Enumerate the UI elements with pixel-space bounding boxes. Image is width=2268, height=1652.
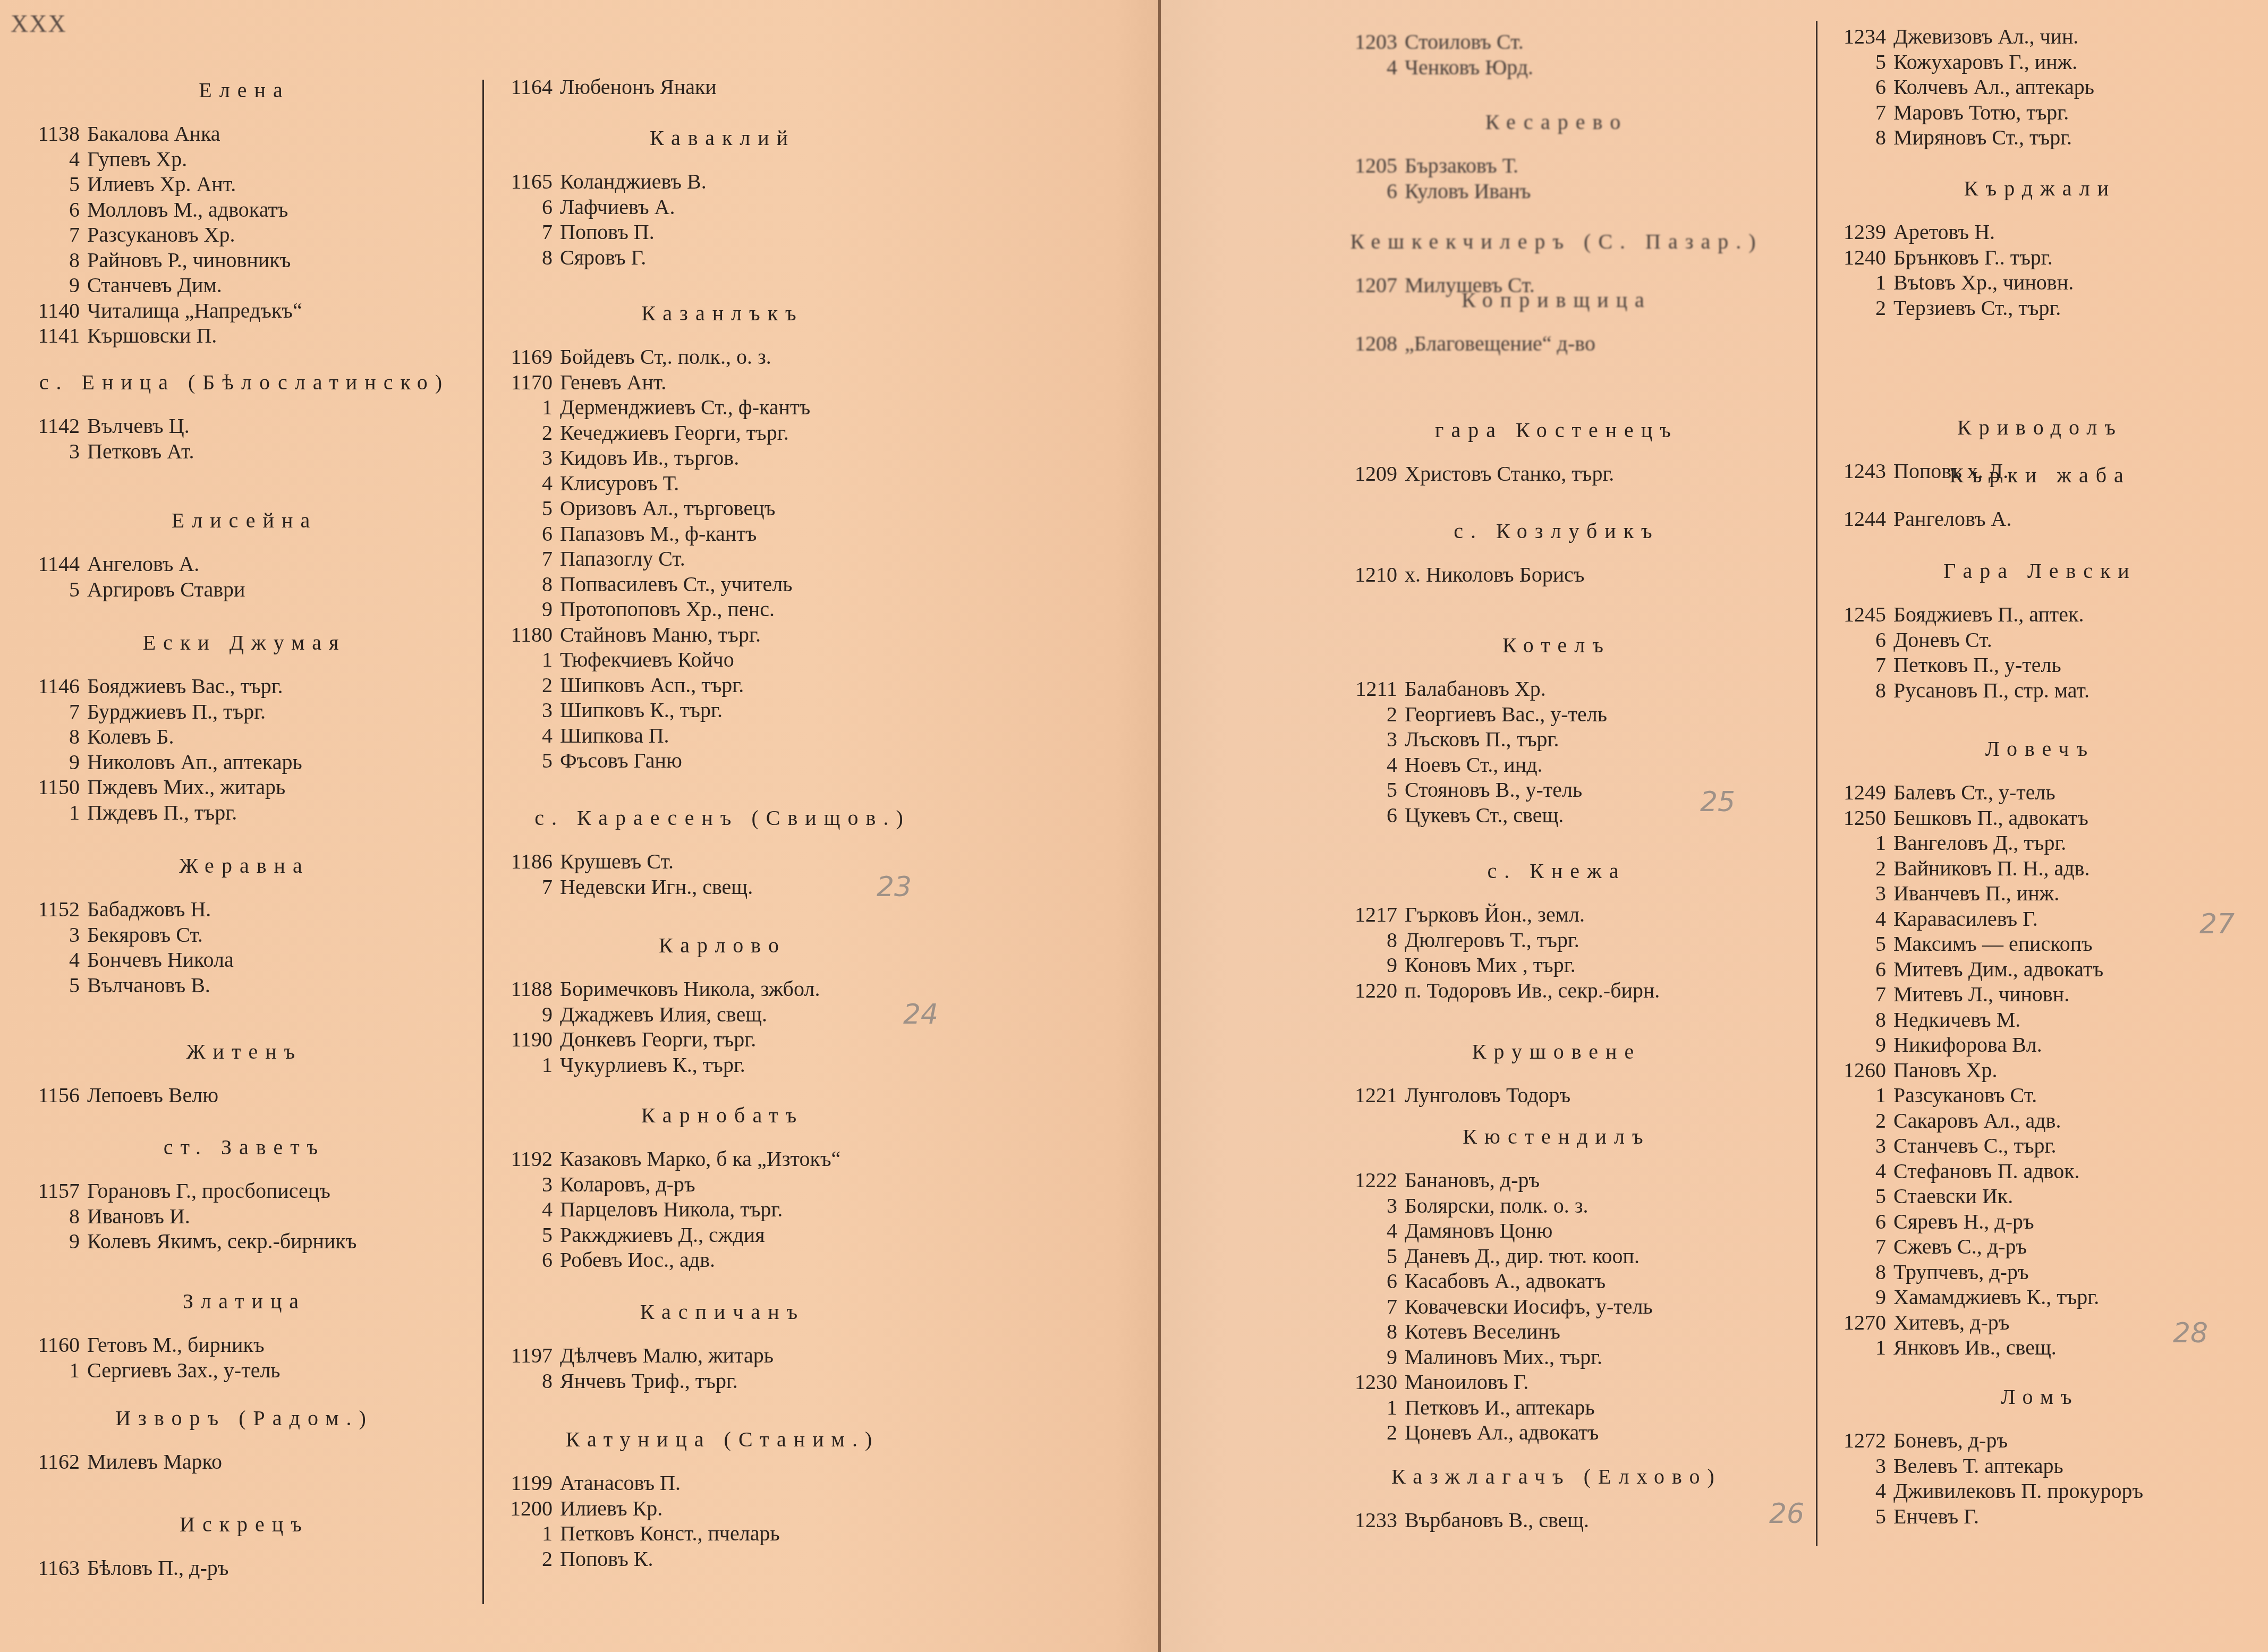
- entry-name: Любенонъ Янаки: [560, 74, 717, 100]
- entry-number: 7: [1296, 1294, 1405, 1319]
- directory-entry: 9Колевъ Якимъ, секр.-бирникъ: [11, 1229, 478, 1254]
- entry-name: Куловъ Иванъ: [1405, 178, 1531, 204]
- entry-number: 1233: [1296, 1508, 1405, 1533]
- locality-heading: с. Козлубикъ: [1296, 515, 1817, 547]
- directory-entry: 8Сяровъ Г.: [483, 245, 962, 270]
- entry-name: Велевъ Т. аптекарь: [1893, 1453, 2063, 1479]
- directory-entry: 1240Брънковъ Г.. търг.: [1812, 245, 2268, 270]
- entry-number: 2: [1296, 1420, 1405, 1445]
- entry-name: Аргировъ Ставри: [87, 577, 245, 602]
- entry-number: 8: [483, 245, 560, 270]
- entry-number: 1165: [483, 169, 560, 194]
- entry-number: 1230: [1296, 1369, 1405, 1395]
- entry-number: 1: [483, 395, 560, 420]
- entry-number: 9: [1812, 1032, 1893, 1058]
- entry-name: Ангеловъ А.: [87, 551, 199, 577]
- directory-entry: 1190Донкевъ Георги, търг.: [483, 1027, 962, 1052]
- pencil-mark: 27: [2199, 908, 2235, 940]
- directory-entry: 4Бончевъ Никола: [11, 947, 478, 973]
- directory-entry: 2Георгиевъ Вас., у-тель: [1296, 702, 1817, 727]
- directory-entry: 9Малиновъ Мих., търг.: [1296, 1344, 1817, 1370]
- entry-name: Гърковъ Йон., земл.: [1405, 902, 1585, 927]
- entry-number: 5: [11, 973, 87, 998]
- directory-entry: 4Ченковъ Юрд.: [1296, 55, 1817, 80]
- locality-heading: Кешкекчилеръ (С. Пазар.): [1296, 226, 1817, 258]
- entry-name: Ченковъ Юрд.: [1405, 55, 1533, 80]
- entry-name: Коланджиевъ В.: [560, 169, 707, 194]
- entry-number: 2: [483, 1546, 560, 1572]
- entry-number: 6: [1296, 1268, 1405, 1294]
- entry-number: 1188: [483, 976, 560, 1002]
- entry-name: Дѣлчевъ Малю, житарь: [560, 1343, 774, 1368]
- entry-name: Боневъ, д-ръ: [1893, 1428, 2008, 1453]
- entry-name: Петковъ Ат.: [87, 439, 194, 464]
- directory-entry: 5Кожухаровъ Г., инж.: [1812, 49, 2268, 75]
- entry-name: Малиновъ Мих., търг.: [1405, 1344, 1602, 1370]
- directory-entry: 1210х. Николовъ Борисъ: [1296, 562, 1817, 587]
- entry-name: Въtовъ Хр., чиновн.: [1893, 270, 2074, 295]
- directory-entry: 1220п. Тодоровъ Ив., секр.-бирн.: [1296, 978, 1817, 1003]
- entry-number: 4: [1812, 1159, 1893, 1184]
- entry-name: Атанасовъ П.: [560, 1470, 681, 1496]
- entry-number: 1180: [483, 622, 560, 648]
- directory-entry: 5Илиевъ Хр. Ант.: [11, 172, 478, 197]
- directory-entry: 2Шипковъ Асп., търг.: [483, 672, 962, 698]
- directory-entry: 1192Казаковъ Марко, б ка „Изтокъ“: [483, 1146, 962, 1172]
- entry-name: Бързаковъ Т.: [1405, 153, 1518, 178]
- entry-number: 9: [483, 597, 560, 622]
- entry-name: Казаковъ Марко, б ка „Изтокъ“: [560, 1146, 840, 1172]
- directory-entry: 8Дюлгеровъ Т., търг.: [1296, 927, 1817, 953]
- page-number: XXX: [11, 10, 67, 38]
- directory-entry: 1186Крушевъ Ст.: [483, 849, 962, 874]
- entry-number: 4: [1296, 55, 1405, 80]
- directory-entry: 1245Бояджиевъ П., аптек.: [1812, 602, 2268, 627]
- directory-entry: 1180Стайновъ Маню, търг.: [483, 622, 962, 648]
- directory-entry: 8Трупчевъ, д-ръ: [1812, 1259, 2268, 1285]
- locality-section: Ловечъ1249Балевъ Ст., у-тель1250Бешковъ …: [1812, 733, 2268, 1360]
- locality-heading: Златица: [11, 1285, 478, 1317]
- entry-number: 9: [11, 750, 87, 775]
- directory-entry: 1260Пановъ Хр.: [1812, 1058, 2268, 1083]
- entry-name: х. Николовъ Борисъ: [1405, 562, 1585, 587]
- entry-number: 2: [483, 672, 560, 698]
- directory-entry: 8Ивановъ И.: [11, 1204, 478, 1229]
- entry-name: Лъсковъ П., търг.: [1405, 727, 1559, 752]
- locality-heading: Копривщица: [1296, 284, 1817, 316]
- directory-entry: 1156Лепоевъ Велю: [11, 1083, 478, 1108]
- pencil-mark: 28: [2173, 1317, 2208, 1349]
- entry-number: 1240: [1812, 245, 1893, 270]
- locality-heading: Гара Левски: [1812, 555, 2268, 587]
- directory-entry: 4Гупевъ Хр.: [11, 147, 478, 172]
- directory-entry: 8Русановъ П., стр. мат.: [1812, 678, 2268, 703]
- entry-number: 4: [1812, 1478, 1893, 1504]
- directory-entry: 3Велевъ Т. аптекарь: [1812, 1453, 2268, 1479]
- directory-entry: 7Поповъ П.: [483, 219, 962, 245]
- directory-entry: 4Ноевъ Ст., инд.: [1296, 752, 1817, 778]
- locality-section: Копривщица1208„Благовещение“ д-во: [1296, 284, 1817, 356]
- entry-name: Недкичевъ М.: [1893, 1007, 2020, 1033]
- entry-name: Никифорова Вл.: [1893, 1032, 2042, 1058]
- entry-name: Вайниковъ П. Н., адв.: [1893, 856, 2089, 881]
- directory-entry: 9Хамамджиевъ К., търг.: [1812, 1284, 2268, 1310]
- entry-number: 7: [1812, 652, 1893, 678]
- directory-entry: 5Даневъ Д., дир. тют. кооп.: [1296, 1244, 1817, 1269]
- entry-number: 1: [483, 647, 560, 672]
- locality-heading: Котелъ: [1296, 629, 1817, 661]
- entry-number: 1192: [483, 1146, 560, 1172]
- entry-number: 4: [1296, 752, 1405, 778]
- entry-name: Станчевъ Дим.: [87, 273, 222, 298]
- entry-name: Разсукановъ Ст.: [1893, 1083, 2037, 1108]
- entry-number: 1197: [483, 1343, 560, 1368]
- directory-entry: 1188Боримечковъ Никола, зжбол.: [483, 976, 962, 1002]
- entry-number: 1142: [11, 413, 87, 439]
- locality-heading: Искрецъ: [11, 1509, 478, 1540]
- entry-name: Тюфекчиевъ Койчо: [560, 647, 734, 672]
- directory-entry: 3Шипковъ К., търг.: [483, 697, 962, 723]
- locality-heading: с. Еница (Бѣлослатинско): [11, 367, 478, 398]
- entry-number: 1157: [11, 1178, 87, 1204]
- directory-entry: 1233Върбановъ В., свещ.: [1296, 1508, 1817, 1533]
- directory-entry: 6Лафчиевъ А.: [483, 194, 962, 220]
- directory-entry: 8Попвасилевъ Ст., учитель: [483, 572, 962, 597]
- directory-entry: 5Енчевъ Г.: [1812, 1504, 2268, 1529]
- entry-name: Балабановъ Хр.: [1405, 676, 1546, 702]
- locality-heading: Казанлъкъ: [483, 297, 962, 329]
- directory-entry: 1152Бабаджовъ Н.: [11, 897, 478, 922]
- entry-name: Маровъ Тотю, търг.: [1893, 100, 2069, 125]
- directory-entry: 7Сжевъ С., д-ръ: [1812, 1234, 2268, 1259]
- directory-entry: 9Станчевъ Дим.: [11, 273, 478, 298]
- entry-number: 2: [1812, 1108, 1893, 1134]
- entry-name: Дживилековъ П. прокуроръ: [1893, 1478, 2143, 1504]
- directory-entry: 1199Атанасовъ П.: [483, 1470, 962, 1496]
- locality-heading: Ловечъ: [1812, 733, 2268, 765]
- locality-heading: Елена: [11, 74, 478, 106]
- entry-name: Русановъ П., стр. мат.: [1893, 678, 2089, 703]
- entry-name: Парцеловъ Никола, търг.: [560, 1197, 783, 1222]
- entry-name: Папазовъ М., ф-кантъ: [560, 521, 757, 547]
- locality-section: Катуница (Станим.)1199Атанасовъ П.1200Ил…: [483, 1424, 962, 1571]
- entry-number: 8: [11, 248, 87, 273]
- entry-number: 1156: [11, 1083, 87, 1108]
- locality-heading: Карнобатъ: [483, 1100, 962, 1131]
- directory-entry: 6Касабовъ А., адвокатъ: [1296, 1268, 1817, 1294]
- entry-number: 7: [1812, 1234, 1893, 1259]
- entry-number: 1234: [1812, 24, 1893, 49]
- entry-name: Вълчановъ В.: [87, 973, 210, 998]
- entry-number: 4: [483, 723, 560, 748]
- directory-entry: 3Коларовъ, д-ръ: [483, 1172, 962, 1197]
- entry-number: 1162: [11, 1449, 87, 1475]
- entry-number: 1211: [1296, 676, 1405, 702]
- entry-name: Бабаджовъ Н.: [87, 897, 211, 922]
- directory-entry: 1205Бързаковъ Т.: [1296, 153, 1817, 178]
- pencil-mark: 26: [1769, 1498, 1804, 1530]
- directory-entry: 1Пждевъ П., търг.: [11, 800, 478, 825]
- locality-section: Златица1160Гетовъ М., бирникъ1Сергиевъ З…: [11, 1285, 478, 1383]
- entry-name: Стоиловъ Ст.: [1405, 29, 1524, 55]
- locality-section: Жеравна1152Бабаджовъ Н.3Бекяровъ Ст.4Бон…: [11, 850, 478, 998]
- directory-entry: 1211Балабановъ Хр.: [1296, 676, 1817, 702]
- directory-entry: 1141Кършовски П.: [11, 323, 478, 348]
- locality-heading: Казжлагачъ (Елхово): [1296, 1461, 1817, 1493]
- entry-name: Бѣловъ П., д-ръ: [87, 1555, 228, 1581]
- directory-entry: 1142Вълчевъ Ц.: [11, 413, 478, 439]
- entry-number: 1170: [483, 370, 560, 395]
- entry-name: Разсукановъ Хр.: [87, 222, 235, 248]
- entry-name: Сяровъ Г.: [560, 245, 646, 270]
- directory-entry: 1Вангеловъ Д., търг.: [1812, 830, 2268, 856]
- locality-section: Изворъ (Радом.)1162Милевъ Марко: [11, 1402, 478, 1475]
- locality-section: с. Еница (Бѣлослатинско)1142Вълчевъ Ц.3П…: [11, 367, 478, 464]
- directory-entry: 2Сакаровъ Ал., адв.: [1812, 1108, 2268, 1134]
- entry-number: 1222: [1296, 1168, 1405, 1193]
- entry-number: 1150: [11, 774, 87, 800]
- entry-name: Болярски, полк. о. з.: [1405, 1193, 1588, 1219]
- directory-entry: 8Котевъ Веселинъ: [1296, 1319, 1817, 1344]
- locality-section: с. Кнежа1217Гърковъ Йон., земл.8Дюлгеров…: [1296, 855, 1817, 1003]
- locality-section: Кесарево1205Бързаковъ Т.6Куловъ Иванъ: [1296, 106, 1817, 203]
- directory-entry: 9Никифорова Вл.: [1812, 1032, 2268, 1058]
- directory-entry: 5Стояновъ В., у-тель: [1296, 777, 1817, 803]
- entry-number: 1221: [1296, 1083, 1405, 1108]
- entry-name: Геневъ Ант.: [560, 370, 666, 395]
- entry-name: Бояджиевъ Вас., търг.: [87, 674, 283, 699]
- entry-number: 1209: [1296, 461, 1405, 487]
- locality-section: Гара Левски1245Бояджиевъ П., аптек.6Доне…: [1812, 555, 2268, 703]
- directory-entry: 8Янчевъ Триф., търг.: [483, 1368, 962, 1394]
- entry-name: Дерменджиевъ Ст., ф-кантъ: [560, 395, 810, 420]
- entry-number: 1: [483, 1052, 560, 1078]
- directory-entry: 1165Коланджиевъ В.: [483, 169, 962, 194]
- locality-section: Кърджали1239Аретовъ Н.1240Брънковъ Г.. т…: [1812, 173, 2268, 320]
- entry-number: 5: [1812, 1504, 1893, 1529]
- entry-number: 1140: [11, 298, 87, 323]
- entry-name: Джаджевъ Илия, свещ.: [560, 1002, 767, 1027]
- directory-entry: 1Сергиевъ Зах., у-тель: [11, 1358, 478, 1383]
- entry-name: Фъсовъ Ганю: [560, 748, 682, 773]
- entry-name: Котевъ Веселинъ: [1405, 1319, 1560, 1344]
- entry-name: Стайновъ Маню, търг.: [560, 622, 761, 648]
- entry-number: 8: [11, 1204, 87, 1229]
- directory-entry: 1208„Благовещение“ д-во: [1296, 331, 1817, 356]
- entry-number: 7: [483, 874, 560, 900]
- directory-entry: 1157Горановъ Г., просбописецъ: [11, 1178, 478, 1204]
- entry-number: 8: [1296, 927, 1405, 953]
- entry-name: Христовъ Станко, търг.: [1405, 461, 1614, 487]
- directory-entry: 1217Гърковъ Йон., земл.: [1296, 902, 1817, 927]
- locality-heading: Жеравна: [11, 850, 478, 882]
- directory-entry: 1140Читалища „Напредъкъ“: [11, 298, 478, 323]
- entry-number: 1210: [1296, 562, 1405, 587]
- entry-number: 6: [1812, 74, 1893, 100]
- entry-number: 2: [483, 420, 560, 446]
- entry-name: Максимъ — епископъ: [1893, 931, 2093, 957]
- directory-entry: 4Дживилековъ П. прокуроръ: [1812, 1478, 2268, 1504]
- entry-name: Сакаровъ Ал., адв.: [1893, 1108, 2061, 1134]
- directory-entry: 6Доневъ Ст.: [1812, 627, 2268, 653]
- entry-name: Гупевъ Хр.: [87, 147, 187, 172]
- entry-name: Колевъ Б.: [87, 724, 174, 750]
- locality-heading: Криводолъ: [1812, 412, 2268, 444]
- entry-name: Цукевъ Ст., свещ.: [1405, 803, 1564, 828]
- entry-number: 9: [483, 1002, 560, 1027]
- entry-name: Милевъ Марко: [87, 1449, 222, 1475]
- entry-name: Кидовъ Ив., търгов.: [560, 445, 739, 471]
- entry-number: 9: [1296, 1344, 1405, 1370]
- entry-name: Петковъ И., аптекарь: [1405, 1395, 1595, 1420]
- directory-entry: 2Поповъ К.: [483, 1546, 962, 1572]
- locality-heading: Изворъ (Радом.): [11, 1402, 478, 1434]
- entry-name: Цоневъ Ал., адвокатъ: [1405, 1420, 1599, 1445]
- locality-section: Кърки жаба1244Рангеловъ А.: [1812, 459, 2268, 532]
- locality-section: с. Козлубикъ1210х. Николовъ Борисъ: [1296, 515, 1817, 587]
- directory-entry: 1Петковъ И., аптекарь: [1296, 1395, 1817, 1420]
- directory-entry: 4Шипкова П.: [483, 723, 962, 748]
- locality-heading: Кюстендилъ: [1296, 1121, 1817, 1153]
- entry-number: 5: [11, 172, 87, 197]
- directory-entry: 1272Боневъ, д-ръ: [1812, 1428, 2268, 1453]
- entry-number: 1260: [1812, 1058, 1893, 1083]
- locality-section: гара Костенецъ1209Христовъ Станко, търг.: [1296, 414, 1817, 487]
- entry-number: 8: [1296, 1319, 1405, 1344]
- directory-entry: 1234Джевизовъ Ал., чин.: [1812, 24, 2268, 49]
- directory-entry: 4Клисуровъ Т.: [483, 471, 962, 496]
- entry-number: 7: [1812, 982, 1893, 1007]
- entry-number: 5: [483, 496, 560, 521]
- entry-number: 6: [1296, 803, 1405, 828]
- entry-name: Шипковъ К., търг.: [560, 697, 723, 723]
- entry-name: Терзиевъ Ст., търг.: [1893, 295, 2061, 321]
- directory-entry: 6Сяревъ Н., д-ръ: [1812, 1209, 2268, 1234]
- entry-name: Бояджиевъ П., аптек.: [1893, 602, 2084, 627]
- directory-entry: 1Тюфекчиевъ Койчо: [483, 647, 962, 672]
- directory-entry: 1Петковъ Конст., пчеларь: [483, 1521, 962, 1546]
- entry-number: 3: [1812, 1133, 1893, 1159]
- entry-name: Пждевъ Мих., житарь: [87, 774, 285, 800]
- directory-entry: 1239Аретовъ Н.: [1812, 219, 2268, 245]
- directory-entry: 7Маровъ Тотю, търг.: [1812, 100, 2268, 125]
- entry-number: 4: [11, 947, 87, 973]
- locality-heading: Карлово: [483, 930, 962, 961]
- entry-name: Клисуровъ Т.: [560, 471, 679, 496]
- entry-number: 6: [483, 1247, 560, 1273]
- entry-number: 6: [11, 197, 87, 223]
- entry-name: Райновъ Р., чиновникъ: [87, 248, 291, 273]
- entry-name: Поповъ К.: [560, 1546, 653, 1572]
- entry-name: Банановъ, д-ръ: [1405, 1168, 1540, 1193]
- directory-entry: 4Парцеловъ Никола, търг.: [483, 1197, 962, 1222]
- entry-name: Янковъ Ив., свещ.: [1893, 1335, 2057, 1360]
- entry-number: 1: [11, 1358, 87, 1383]
- entry-name: Брънковъ Г.. търг.: [1893, 245, 2053, 270]
- entry-name: „Благовещение“ д-во: [1405, 331, 1595, 356]
- directory-entry: 3Петковъ Ат.: [11, 439, 478, 464]
- entry-number: 9: [1812, 1284, 1893, 1310]
- directory-entry: 6Молловъ М., адвокатъ: [11, 197, 478, 223]
- entry-number: 1146: [11, 674, 87, 699]
- entry-number: 1208: [1296, 331, 1405, 356]
- entry-number: 5: [1296, 1244, 1405, 1269]
- directory-entry: 1197Дѣлчевъ Малю, житарь: [483, 1343, 962, 1368]
- entry-number: 4: [11, 147, 87, 172]
- entry-number: 3: [483, 697, 560, 723]
- entry-name: Ноевъ Ст., инд.: [1405, 752, 1543, 778]
- entry-name: Стефановъ П. адвок.: [1893, 1159, 2080, 1184]
- directory-entry: 2Кечеджиевъ Георги, търг.: [483, 420, 962, 446]
- entry-name: Лунголовъ Тодоръ: [1405, 1083, 1570, 1108]
- entry-name: Трупчевъ, д-ръ: [1893, 1259, 2029, 1285]
- entry-number: 6: [483, 194, 560, 220]
- entry-name: Петковъ Конст., пчеларь: [560, 1521, 780, 1546]
- entry-name: Хамамджиевъ К., търг.: [1893, 1284, 2099, 1310]
- entry-name: Сяревъ Н., д-ръ: [1893, 1209, 2034, 1234]
- directory-entry: 5Фъсовъ Ганю: [483, 748, 962, 773]
- entry-number: 9: [1296, 952, 1405, 978]
- locality-section: Ломъ1272Боневъ, д-ръ3Велевъ Т. аптекарь4…: [1812, 1381, 2268, 1529]
- directory-entry: 7Разсукановъ Хр.: [11, 222, 478, 248]
- entry-number: 7: [11, 699, 87, 725]
- directory-entry: 2Терзиевъ Ст., търг.: [1812, 295, 2268, 321]
- entry-name: Сжевъ С., д-ръ: [1893, 1234, 2027, 1259]
- directory-entry: 1169Бойдевъ Ст,. полк., о. з.: [483, 344, 962, 370]
- directory-entry: 6Куловъ Иванъ: [1296, 178, 1817, 204]
- entry-number: 8: [1812, 1007, 1893, 1033]
- entry-name: Шипковъ Асп., търг.: [560, 672, 744, 698]
- directory-entry: 9Протопоповъ Хр., пенс.: [483, 597, 962, 622]
- entry-name: Станчевъ С., търг.: [1893, 1133, 2056, 1159]
- directory-entry: 8Колевъ Б.: [11, 724, 478, 750]
- directory-entry: 1Дерменджиевъ Ст., ф-кантъ: [483, 395, 962, 420]
- directory-entry: 7Петковъ П., у-тель: [1812, 652, 2268, 678]
- entry-number: 1164: [483, 74, 560, 100]
- entry-name: Янчевъ Триф., търг.: [560, 1368, 738, 1394]
- entry-number: 6: [1812, 627, 1893, 653]
- entry-name: Върбановъ В., свещ.: [1405, 1508, 1589, 1533]
- entry-name: Колевъ Якимъ, секр.-бирникъ: [87, 1229, 356, 1254]
- entry-name: Даневъ Д., дир. тют. кооп.: [1405, 1244, 1640, 1269]
- locality-heading: с. Караесенъ (Свищов.): [483, 802, 962, 834]
- locality-section: Крушовене1221Лунголовъ Тодоръ: [1296, 1036, 1817, 1108]
- entry-name: Коларовъ, д-ръ: [560, 1172, 695, 1197]
- entry-name: Колчевъ Ал., аптекарь: [1893, 74, 2094, 100]
- entry-name: Иванчевъ П., инж.: [1893, 881, 2059, 906]
- directory-entry: 3Кидовъ Ив., търгов.: [483, 445, 962, 471]
- locality-heading: Житенъ: [11, 1036, 478, 1068]
- entry-number: 1: [1812, 270, 1893, 295]
- entry-number: 4: [1296, 1218, 1405, 1244]
- locality-section: Ески Джумая1146Бояджиевъ Вас., търг.7Бур…: [11, 627, 478, 825]
- entry-number: 8: [1812, 1259, 1893, 1285]
- entry-name: Илиевъ Кр.: [560, 1496, 662, 1521]
- directory-entry: 1230Маноиловъ Г.: [1296, 1369, 1817, 1395]
- directory-entry: 3Бекяровъ Ст.: [11, 922, 478, 948]
- entry-number: 6: [1812, 957, 1893, 982]
- directory-entry: 6Колчевъ Ал., аптекарь: [1812, 74, 2268, 100]
- locality-heading: Катуница (Станим.): [483, 1424, 962, 1455]
- entry-name: Митевъ Л., чиновн.: [1893, 982, 2069, 1007]
- entry-name: Ракжджиевъ Д., сждия: [560, 1222, 765, 1248]
- entry-number: 7: [1812, 100, 1893, 125]
- entry-number: 1239: [1812, 219, 1893, 245]
- entry-number: 1152: [11, 897, 87, 922]
- entry-number: 1199: [483, 1470, 560, 1496]
- pencil-mark: 25: [1700, 786, 1735, 818]
- entry-number: 1163: [11, 1555, 87, 1581]
